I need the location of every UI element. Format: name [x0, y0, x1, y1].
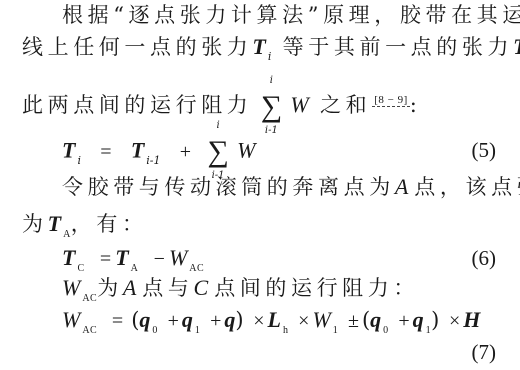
paragraph-1-line-2: 线上任何一点的张力Ti 等于其前一点的张力Ti-1 与 — [22, 35, 520, 69]
math-var-W: W — [312, 307, 330, 332]
subscript: A — [131, 263, 139, 274]
sum-upper: i — [258, 76, 284, 86]
math-var-q: q — [182, 307, 193, 332]
math-var-T: T — [62, 245, 75, 270]
math-var-q: q — [139, 307, 150, 332]
equation-number: (6) — [472, 246, 497, 270]
math-var-W: W — [169, 245, 187, 270]
paren: ) — [431, 308, 439, 332]
subscript: 1 — [333, 325, 339, 336]
minus-sign: − — [154, 248, 165, 270]
subscript: 0 — [383, 325, 389, 336]
subscript: AC — [82, 325, 97, 336]
text: 线上任何一点的张力 — [22, 35, 252, 59]
subscript: 0 — [152, 325, 158, 336]
text: 等于其前一点的张力 — [283, 35, 513, 59]
math-var-T: T — [115, 245, 128, 270]
paragraph-1-line-3: 此两点间的运行阻力 i ∑ i-1 W 之和[8 − 9]: — [22, 88, 421, 121]
paragraph-1-line-1: 根据“逐点张力计算法”原理，胶带在其运动路 — [62, 3, 520, 27]
math-var-W: W — [290, 92, 308, 117]
math-var-T: T — [513, 34, 520, 59]
math-var-A: A — [123, 275, 136, 300]
text: ，有： — [71, 212, 148, 236]
plus-sign: + — [168, 310, 179, 332]
text: 根据“逐点张力计算法”原理，胶带在其运动路 — [62, 3, 520, 27]
math-var-H: H — [463, 307, 480, 332]
text: 令胶带与传动滚筒的奔离点为 — [62, 175, 395, 199]
times-sign: × — [253, 310, 264, 332]
text: 为 — [22, 212, 48, 236]
text: 为 — [97, 276, 123, 300]
math-var-W: W — [62, 275, 80, 300]
math-var-L: L — [268, 307, 281, 332]
subscript: C — [77, 263, 84, 274]
subscript: 1 — [195, 325, 201, 336]
paragraph-2-line-1: 令胶带与传动滚筒的奔离点为A点，该点张力 — [62, 175, 520, 199]
subscript: i — [77, 154, 81, 167]
text: 点间的运行阻力： — [214, 276, 419, 300]
equals-sign: = — [100, 248, 111, 270]
plus-minus-sign: ± — [348, 310, 359, 332]
equals-sign: = — [100, 141, 111, 163]
subscript: i-1 — [146, 154, 160, 167]
text: 点与 — [142, 276, 193, 300]
math-var-T: T — [62, 138, 75, 163]
text: 点，该点张力 — [414, 175, 520, 199]
summation: i ∑ i-1 — [205, 138, 231, 166]
times-sign: × — [298, 310, 309, 332]
colon: : — [410, 93, 422, 117]
math-var-C: C — [194, 275, 209, 300]
sum-upper: i — [205, 121, 231, 131]
math-var-q: q — [370, 307, 381, 332]
math-var-T: T — [48, 211, 61, 236]
math-var-W: W — [237, 138, 255, 163]
math-var-T: T — [131, 138, 144, 163]
subscript: AC — [82, 293, 97, 304]
math-var-q: q — [224, 307, 235, 332]
equation-7: WAC =(q0 +q1 +q) ×Lh ×W1 ±(q0 +q1) ×H — [62, 308, 480, 343]
math-var-W: W — [62, 307, 80, 332]
plus-sign: + — [398, 310, 409, 332]
math-var-q: q — [413, 307, 424, 332]
math-var-A: A — [395, 174, 408, 199]
paragraph-2-line-2: 为TA，有： — [22, 212, 148, 247]
summation: i ∑ i-1 — [258, 93, 284, 121]
paragraph-3: WAC为A点与C点间的运行阻力： — [62, 276, 419, 311]
citation-link[interactable]: [8 − 9] — [372, 94, 410, 107]
equation-number: (7) — [472, 340, 497, 364]
equals-sign: = — [112, 310, 123, 332]
sum-lower: i-1 — [258, 126, 284, 136]
subscript: i — [268, 50, 272, 63]
math-var-T: T — [252, 34, 265, 59]
plus-sign: + — [180, 141, 191, 163]
paren: ( — [362, 308, 370, 332]
sigma-icon: ∑ — [205, 138, 231, 166]
paren: ) — [235, 308, 243, 332]
subscript: AC — [189, 263, 204, 274]
text: 此两点间的运行阻力 — [22, 93, 252, 117]
plus-sign: + — [210, 310, 221, 332]
equation-5: Ti = Ti-1 + i ∑ i-1 W (5) — [62, 138, 520, 173]
subscript: A — [63, 229, 71, 240]
sigma-icon: ∑ — [258, 93, 284, 121]
subscript: h — [283, 325, 289, 336]
equation-number: (5) — [472, 138, 497, 162]
times-sign: × — [449, 310, 460, 332]
text: 之和 — [320, 93, 371, 117]
